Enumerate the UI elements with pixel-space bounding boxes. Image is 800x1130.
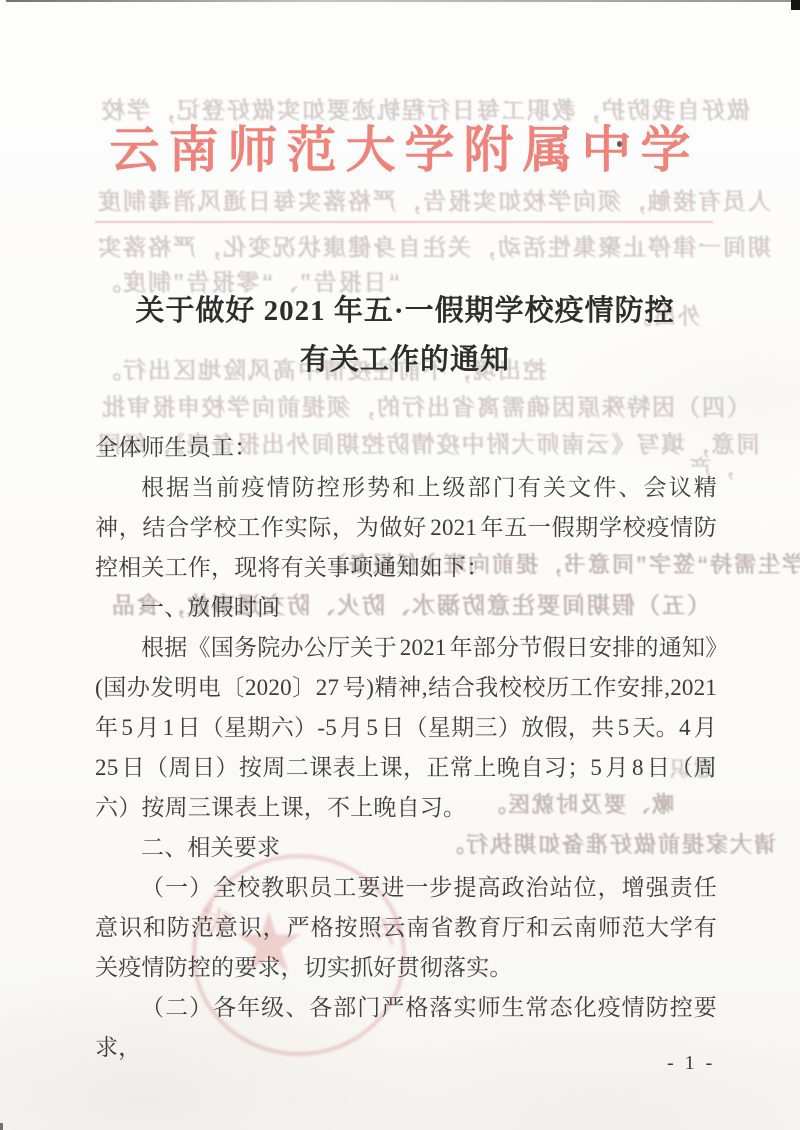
scanned-page: 做好自我防护，教职工每日行程轨迹要如实做好登记，学校人员有接触，须向学校如实报告…: [0, 0, 800, 1130]
body-paragraph: 一、放假时间: [95, 588, 717, 628]
body-paragraph: （一）全校教职员工要进一步提高政治站位，增强责任意识和防范意识，严格按照云南省教…: [95, 868, 717, 988]
body-paragraph: 根据当前疫情防控形势和上级部门有关文件、会议精神，结合学校工作实际，为做好 20…: [95, 468, 717, 588]
salutation-line: 全体师生员工：: [95, 428, 717, 468]
body-paragraph: （二）各年级、各部门严格落实师生常态化疫情防控要求，: [95, 988, 717, 1068]
school-letterhead: 云南师范大学附属中学: [0, 121, 800, 179]
document-title-line2: 有关工作的通知: [60, 336, 750, 385]
body-paragraph: 二、相关要求: [95, 828, 717, 868]
document-content: 云南师范大学附属中学 关于做好 2021 年五·一假期学校疫情防控 有关工作的通…: [0, 0, 800, 1130]
document-title: 关于做好 2021 年五·一假期学校疫情防控 有关工作的通知: [60, 287, 750, 385]
document-title-line1: 关于做好 2021 年五·一假期学校疫情防控: [60, 287, 750, 336]
page-number: - 1 -: [667, 1052, 715, 1075]
document-body: 全体师生员工：根据当前疫情防控形势和上级部门有关文件、会议精神，结合学校工作实际…: [95, 428, 717, 1068]
body-paragraph: 根据《国务院办公厅关于 2021 年部分节假日安排的通知》(国办发明电〔2020…: [95, 628, 717, 828]
